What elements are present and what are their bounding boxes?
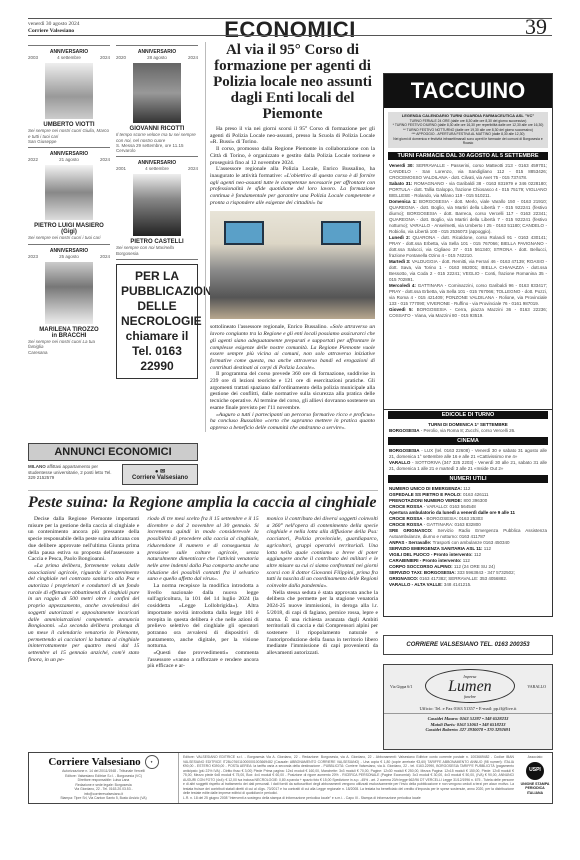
ad-line: DELLE	[121, 299, 193, 314]
memorial-message: Il tempo scorre veloce ma tu sei sempre …	[116, 132, 198, 143]
lumen-funeral-ad: Via Gippa 6/1 Impresa Lumen funebre VARA…	[383, 664, 553, 750]
uspi-badge: Associato USPI UNIONE STAMPA PERIODICA I…	[518, 753, 552, 803]
article-paragraph: La norma recepisce la modifica introdott…	[147, 583, 258, 650]
uspi-name: UNIONE STAMPA PERIODICA ITALIANA	[518, 782, 552, 796]
lumen-address: Via Gippa 6/1	[390, 684, 412, 689]
pharmacy-day: Giovedì 5: BORGOSESIA - Cerra, piazza Ma…	[389, 307, 547, 319]
deceased-name: MARILENA TIROZZO	[28, 327, 110, 333]
memorial-place: Caresana	[28, 350, 110, 355]
ad-phone: Tel. 0163 22990	[121, 344, 193, 374]
memorial-place: Borgosesia	[116, 251, 198, 256]
stamp-icon: ✦	[145, 755, 159, 769]
anniversary-date: 4 settembre	[145, 166, 169, 171]
taccuino-box: TACCUINO LEGENDA CALENDARIO TURNI GUARDI…	[383, 73, 553, 410]
pharmacy-day: Martedì 3: VALDUGGIA - dott. Remitti, vi…	[389, 259, 547, 283]
memorial-message: Sei sempre nei nostri cuori La tua famig…	[28, 339, 110, 350]
paper-name: Corriere Valsesiano	[28, 28, 79, 35]
portrait-photo	[45, 165, 93, 220]
pharmacy-schedule-title: TURNI FARMACIE DAL 30 AGOSTO AL 5 SETTEM…	[388, 152, 548, 160]
year-to: 2024	[100, 254, 110, 259]
article-headline: Peste suina: la Regione amplia la caccia…	[28, 494, 378, 512]
ad-line: chiamare il	[121, 329, 193, 344]
anniversary-date: 21 agosto	[59, 157, 79, 162]
memorial-message: Sei sempre nei nostri cuori Giulia, Marc…	[28, 128, 110, 139]
annunci-title: ANNUNCI ECONOMICI	[28, 443, 198, 461]
article-paragraph: Decise dalla Regione Piemonte importanti…	[28, 516, 139, 563]
cinema-entry: VARALLO - SOTTORIVA (347 325 2203) - Ven…	[384, 460, 552, 472]
necrologie-ad: PER LA PUBBLICAZIONE DELLE NECROLOGIE ch…	[116, 264, 198, 379]
lumen-name: Lumen	[448, 679, 492, 694]
colophon-left: Corriere Valsesiano ✦ Autorizzazione n. …	[29, 753, 179, 803]
portrait-photo	[45, 262, 93, 324]
annunci-section: ANNUNCI ECONOMICI MILANO affittasi appar…	[28, 443, 198, 485]
anniversary-column-1: ANNIVERSARIO 20034 settembre2024 UMBERTO…	[28, 42, 110, 355]
social-box: ● ✉ Corriere Valsesiano	[122, 464, 198, 485]
article-paragraph: Il corso, promosso dalla Regione Piemont…	[210, 146, 375, 166]
memorial-place: S. Messa 29 settembre, ore 11.15 Cervaro…	[116, 143, 198, 153]
classified-city: MILANO	[28, 464, 46, 469]
pharmacy-day: Mercoledì 4: GATTINARA - Cominazzini, co…	[389, 283, 547, 307]
ad-line: PER LA	[121, 269, 193, 284]
header-meta: venerdì 30 agosto 2024 Corriere Valsesia…	[28, 21, 79, 35]
pharmacy-day: Venerdì 30: SERRAVALLE - Passerini, cors…	[389, 163, 547, 181]
pharmacy-legend: LEGENDA CALENDARIO TURNI GUARDIA FARMACE…	[388, 112, 548, 148]
lumen-contact: Cassidei Roberto: 327 3930078 • 370 3292…	[384, 727, 552, 733]
year-to: 2024	[188, 166, 198, 171]
divider	[116, 45, 198, 46]
lumen-bottom: funebre	[464, 694, 476, 699]
divider	[28, 45, 110, 46]
ad-line: NECROLOGIE	[121, 314, 193, 329]
divider	[28, 147, 110, 148]
memorial-message: Sei sempre nei nostri cuori i tuoi cari	[28, 235, 110, 241]
article-paragraph: sottolineato l'assessore regionale, Enri…	[210, 324, 328, 330]
legend-title: LEGENDA CALENDARIO TURNI GUARDIA FARMACE…	[402, 113, 534, 118]
useful-numbers-title: NUMERI UTILI	[388, 475, 548, 483]
pharmacy-day: Domenica 1: BORGOSESIA - dott. Merlo, vi…	[389, 199, 547, 235]
article-quote: «Auguro a tutti i partecipanti un percor…	[210, 412, 375, 432]
anniversary-card: ANNIVERSARIO 202028 agosto2024 GIOVANNI …	[116, 49, 198, 132]
divider	[116, 259, 198, 260]
lumen-contacts: Cassidei Mauro: 0163 51287 • 348 6528233…	[384, 716, 552, 733]
anniversary-date: 25 agosto	[59, 254, 79, 259]
useful-number: VARALLO - ALTA VALLE: 348 4141215.	[389, 582, 547, 588]
anniversary-card: ANNIVERSARIO 202325 agosto2024 MARILENA …	[28, 248, 110, 339]
taccuino-title: TACCUINO	[384, 74, 552, 108]
year-from: 2001	[116, 166, 126, 171]
ad-line: PUBBLICAZIONE	[121, 284, 193, 299]
anniversary-card: ANNIVERSARIO 20014 settembre2024 PIETRO …	[116, 160, 198, 245]
pharmacy-day: Lunedì 2: QUARONA - dott. Ricaldone, cor…	[389, 235, 547, 259]
anniversary-card: ANNIVERSARIO 202221 agosto2024 PIETRO LU…	[28, 151, 110, 235]
useful-numbers-list: NUMERO UNICO DI EMERGENZA: 112 OSPEDALE …	[384, 486, 552, 588]
anniversary-column-2: ANNIVERSARIO 202028 agosto2024 GIOVANNI …	[116, 42, 198, 379]
colophon-legal: Editore: VALSESIANO EDITRICE s.r.l. - Bo…	[179, 753, 518, 803]
header-bottom-rule	[28, 35, 552, 36]
newsstand-title: EDICOLE DI TURNO	[388, 411, 548, 419]
memorial-place: San Giuseppe	[28, 139, 110, 144]
newsstand-entry: BORGOSESIA - Perolio, via Roma 8; Zucchi…	[384, 428, 552, 434]
article-column: Decise dalla Regione Piemonte importanti…	[28, 516, 139, 670]
page-number: 39	[525, 14, 547, 40]
classified-ad: MILANO affittasi appartamento per studen…	[28, 464, 116, 485]
year-from: 2023	[28, 254, 38, 259]
uspi-associated: Associato	[518, 755, 552, 760]
issue-date: venerdì 30 agosto 2024	[28, 21, 79, 28]
useful-number: SRE GRIGNASCO: Servizio Radio Emergenza …	[389, 528, 547, 540]
projector-screen-right	[321, 221, 361, 245]
article-quote: «La prima delibera, fortemente voluta da…	[28, 563, 139, 664]
cinema-entry: BORGOSESIA - LUX (tel. 0163 22608) - Ven…	[384, 448, 552, 460]
facebook-icon: ● ✉	[126, 468, 194, 475]
lumen-office: Ufficio: Tel. e Fax 0163 51357 • E-mail:…	[384, 706, 552, 714]
year-from: 2022	[28, 157, 38, 162]
anniversary-card: ANNIVERSARIO 20034 settembre2024 UMBERTO…	[28, 49, 110, 128]
article-polizia: Al via il 95° Corso di formazione per ag…	[205, 42, 375, 432]
article-quote: riodo di tre mesi scelto fra il 15 sette…	[147, 516, 258, 583]
year-from: 2020	[116, 55, 126, 60]
pharmacy-day: Sabato 31: ROMAGNANO - via Garibaldi 38 …	[389, 181, 547, 199]
year-to: 2024	[100, 55, 110, 60]
divider	[116, 156, 198, 157]
social-box-label: Corriere Valsesiano	[126, 475, 194, 481]
cinema-title: CINEMA	[388, 437, 548, 445]
legal-text-2: L.R. n. 18 del 25 giugno 2008 "Intervent…	[183, 796, 514, 801]
divider	[28, 244, 110, 245]
portrait-photo	[133, 63, 181, 123]
article-headline: Al via il 95° Corso di formazione per ag…	[210, 42, 375, 122]
taccuino-box-continued: EDICOLE DI TURNO TURNI DI DOMENICA 1° SE…	[383, 408, 553, 617]
pharmacy-schedule: Venerdì 30: SERRAVALLE - Passerini, cors…	[384, 163, 552, 319]
year-to: 2024	[100, 157, 110, 162]
anniversary-date: 4 settembre	[57, 55, 81, 60]
article-quote: «Solo attraverso un lavoro congiunto tra…	[210, 324, 375, 370]
legend-line: *** APPOGGIO - APERTURA FESTIVA AL MATTI…	[390, 132, 546, 137]
article-paragraph: Ha preso il via nei giorni scorsi il 95°…	[210, 126, 375, 146]
colophon: Corriere Valsesiano ✦ Autorizzazione n. …	[28, 752, 553, 804]
article-photo-classroom	[210, 211, 375, 319]
lumen-city: VARALLO	[527, 684, 546, 689]
article-paragraph: Il programma del corso prevede 360 ore d…	[210, 371, 375, 411]
legend-line: Nei giorni di domenica e festività infra…	[390, 137, 546, 146]
paper-logo: Corriere Valsesiano	[48, 760, 140, 765]
anniversary-date: 28 agosto	[147, 55, 167, 60]
section-title: ECONOMICI	[210, 17, 370, 43]
portrait-photo	[133, 174, 181, 236]
projector-screen-left	[224, 221, 264, 245]
article-column: riodo di tre mesi scelto fra il 15 sette…	[147, 516, 258, 670]
portrait-photo	[45, 63, 93, 119]
legend-line: * TURNO FESTIVO DIURNO (dalle 8,30 alle …	[390, 123, 546, 128]
year-to: 2024	[188, 55, 198, 60]
article-column: monico il contributo dei diversi soggett…	[267, 516, 378, 670]
lumen-logo: Impresa Lumen funebre	[425, 669, 515, 703]
corriere-phone-ad: CORRIERE VALSESIANO TEL. 0163 200353	[383, 635, 553, 655]
uspi-logo-icon: USPI	[526, 762, 544, 780]
article-quote: monico il contributo dei diversi soggett…	[267, 516, 378, 590]
year-from: 2003	[28, 55, 38, 60]
article-peste-suina: Peste suina: la Regione amplia la caccia…	[28, 490, 378, 670]
article-paragraph: «Questi due provvedimenti» commenta l'as…	[147, 650, 258, 670]
colophon-line: Stampa: Tipre Srl, Via Canton Santo 5, B…	[31, 796, 176, 801]
article-paragraph: Nella stessa seduta è stata approvata an…	[267, 590, 378, 657]
legal-text: Editore: VALSESIANO EDITRICE s.r.l. - Bo…	[183, 755, 514, 795]
